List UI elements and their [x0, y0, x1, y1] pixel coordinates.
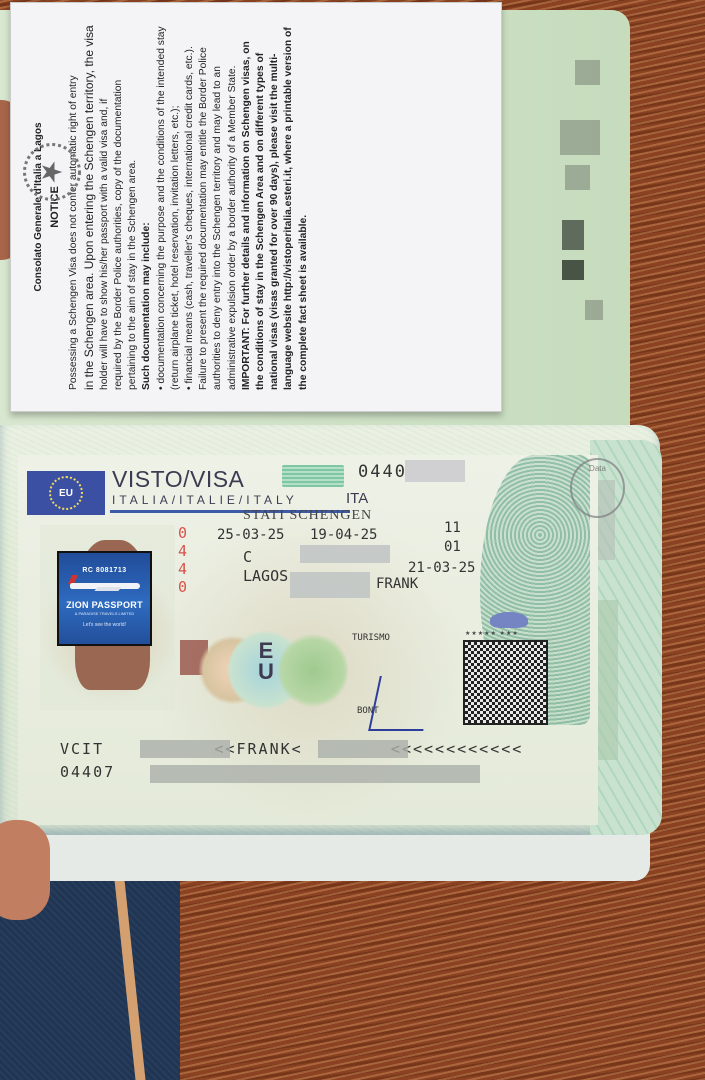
hologram-strip — [282, 465, 344, 487]
valid-for-field: STATI SCHENGEN — [243, 508, 372, 524]
notice-line: pertaining to the aim of stay in the Sch… — [126, 24, 140, 390]
mrz-line-1: VCIT <<FRANK< <<<<<<<<<<<< — [60, 738, 523, 761]
notice-body: Possessing a Schengen Visa does not conf… — [67, 24, 311, 390]
notice-title: NOTICE — [48, 24, 63, 390]
entry-stamp: Data — [570, 458, 625, 518]
redacted-block — [290, 572, 370, 598]
serial-digit: 4 — [178, 544, 187, 559]
serial-digit: 0 — [178, 526, 187, 541]
notice-line: holder will have to show his/her passpor… — [98, 24, 112, 390]
notice-line: in the Schengen area. Upon entering the … — [81, 24, 98, 390]
notice-content: Consolato Generale d'Italia a Lagos NOTI… — [22, 12, 490, 402]
serial-digit: 0 — [178, 580, 187, 595]
redacted-block — [565, 165, 590, 190]
stars-row-icon: ★★★★★ ★★★ — [465, 630, 519, 637]
logo-name: ZION PASSPORT — [66, 600, 143, 610]
zion-passport-logo: RC 8081713 ZION PASSPORT & PARADISE TRAV… — [57, 551, 152, 646]
redacted-block — [150, 765, 480, 783]
redacted-block — [562, 260, 584, 280]
2d-barcode — [463, 640, 548, 725]
airplane-icon — [66, 578, 144, 592]
thumb — [0, 820, 50, 920]
valid-until-field: 19-04-25 — [310, 527, 377, 543]
logo-subtitle: & PARADISE TRAVELS LIMITED — [75, 611, 135, 616]
redacted-block — [575, 60, 600, 85]
signature — [368, 676, 435, 731]
eu-seal-icon: EU — [198, 625, 348, 715]
name-field: FRANK — [376, 576, 418, 592]
redacted-block — [585, 300, 603, 320]
notice-line: • documentation concerning the purpose a… — [155, 24, 183, 390]
visa-subtitle: ITALIA/ITALIE/ITALY — [112, 493, 298, 507]
notice-line: • financial means (cash, traveller's che… — [183, 24, 197, 390]
valid-from-field: 25-03-25 — [217, 527, 284, 543]
logo-tagline: Let's see the world! — [83, 622, 126, 628]
redacted-block — [560, 120, 600, 155]
red-serial-number: 0 4 4 0 — [178, 526, 187, 595]
logo-code: RC 8081713 — [82, 567, 126, 574]
redacted-block — [405, 460, 465, 482]
seal-letters: EU — [258, 641, 274, 683]
redacted-block — [300, 545, 390, 563]
notice-header: Consolato Generale d'Italia a Lagos — [32, 24, 46, 390]
eu-label: EU — [59, 488, 73, 499]
italian-emblem-icon: ★ — [23, 143, 81, 201]
entries-field: 01 — [444, 539, 461, 555]
visa-title: VISTO/VISA — [112, 466, 244, 493]
visa-type-field: C — [243, 548, 252, 566]
remarks-field: TURISMO — [352, 633, 390, 643]
country-code: ITA — [346, 490, 368, 507]
redacted-block — [140, 740, 230, 758]
issue-date-field: 21-03-25 — [408, 560, 475, 576]
visa-number: 0440 — [358, 462, 407, 482]
redacted-block — [318, 740, 408, 758]
bear-emblem-icon — [490, 612, 528, 628]
notice-line: Possessing a Schengen Visa does not conf… — [67, 24, 81, 390]
notice-line: Such documentation may include: — [140, 24, 154, 390]
notice-sheet: Consolato Generale d'Italia a Lagos NOTI… — [10, 2, 502, 412]
redacted-block — [562, 220, 584, 250]
notice-line: IMPORTANT: For further details and infor… — [240, 24, 311, 390]
issued-in-field: LAGOS — [243, 567, 288, 585]
eu-flag-icon: EU — [27, 471, 105, 515]
notice-line: Failure to present the required document… — [197, 24, 240, 390]
duration-field: 11 — [444, 520, 461, 536]
notice-line: required by the Border Police authoritie… — [112, 24, 126, 390]
serial-digit: 4 — [178, 562, 187, 577]
